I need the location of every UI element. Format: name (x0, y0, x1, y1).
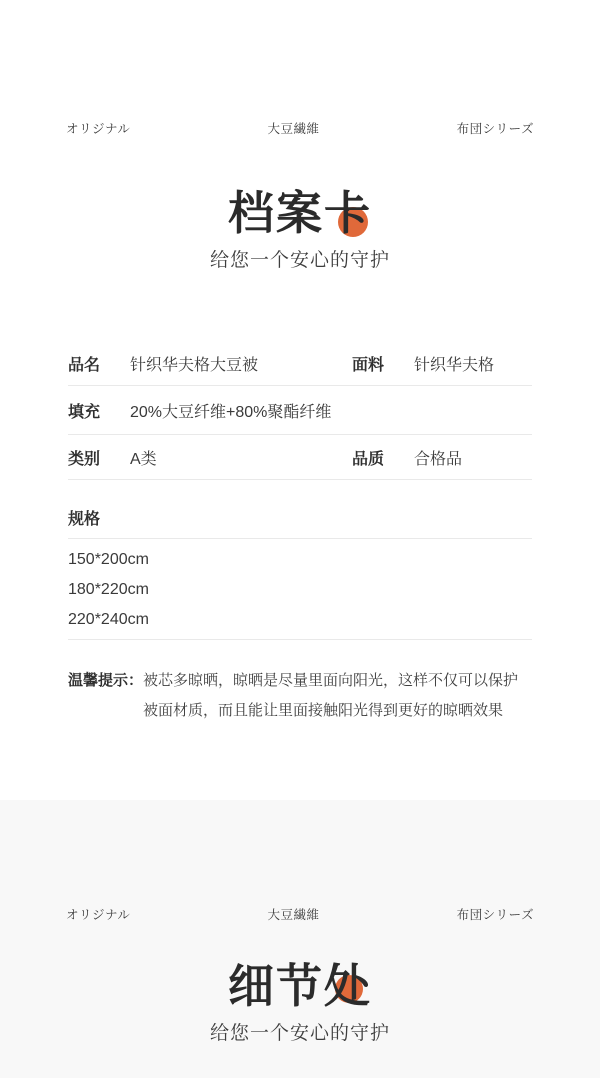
spec-value: 针织华夫格 (414, 352, 494, 375)
care-tip-text: 被芯多晾晒，晾晒是尽量里面向阳光，这样不仅可以保护 被面材质，而且能让里面接触阳… (143, 666, 518, 726)
page-subtitle: 给您一个安心的守护 (0, 248, 600, 274)
hero-block: 细节处 给您一个安心的守护 (0, 960, 600, 1047)
spec-label: 类别 (68, 446, 130, 469)
spec-pair: 品名 针织华夫格大豆被 (68, 352, 352, 375)
spec-row-filling: 填充 20%大豆纤维+80%聚酯纤维 (68, 386, 532, 435)
care-tip-line1: 被芯多晾晒，晾晒是尽量里面向阳光，这样不仅可以保护 (143, 672, 518, 689)
details-section: オリジナル 大豆繊維 布団シリーズ 细节处 给您一个安心的守护 (0, 800, 600, 1078)
spec-row-name-fabric: 品名 针织华夫格大豆被 面料 针织华夫格 (68, 344, 532, 386)
spec-row-category-quality: 类别 A类 品质 合格品 (68, 435, 532, 480)
spec-value: 针织华夫格大豆被 (130, 352, 258, 375)
page-title: 档案卡 (0, 187, 600, 239)
spec-pair: 填充 20%大豆纤维+80%聚酯纤维 (68, 399, 331, 422)
care-tip: 温馨提示： 被芯多晾晒，晾晒是尽量里面向阳光，这样不仅可以保护 被面材质，而且能… (68, 666, 532, 726)
spec-value: A类 (130, 446, 157, 469)
size-item: 150*200cm (68, 545, 532, 575)
spec-pair: 面料 针织华夫格 (352, 352, 494, 375)
hero-block: 档案卡 给您一个安心的守护 (0, 187, 600, 274)
title-wrap: 细节处 (0, 960, 600, 1012)
spec-pair: 类别 A类 (68, 446, 352, 469)
header-left-label: オリジナル (66, 119, 130, 137)
spec-value: 合格品 (414, 446, 462, 469)
sizes-heading: 规格 (68, 480, 532, 539)
header-bar: オリジナル 大豆繊維 布団シリーズ (0, 800, 600, 923)
header-right-label: 布団シリーズ (457, 905, 534, 923)
spec-table: 品名 针织华夫格大豆被 面料 针织华夫格 填充 20%大豆纤维+80%聚酯纤维 … (68, 344, 532, 640)
header-left-label: オリジナル (66, 905, 130, 923)
spec-label: 品名 (68, 352, 130, 375)
spec-label: 填充 (68, 399, 130, 422)
size-item: 220*240cm (68, 605, 532, 635)
spec-value: 20%大豆纤维+80%聚酯纤维 (130, 399, 331, 422)
size-item: 180*220cm (68, 575, 532, 605)
header-right-label: 布団シリーズ (457, 119, 534, 137)
title-wrap: 档案卡 (0, 187, 600, 239)
spec-pair: 品质 合格品 (352, 446, 462, 469)
spec-label: 品质 (352, 446, 414, 469)
care-tip-line2: 被面材质，而且能让里面接触阳光得到更好的晾晒效果 (143, 702, 503, 719)
care-tip-label: 温馨提示： (68, 666, 143, 726)
spec-card-section: オリジナル 大豆繊維 布団シリーズ 档案卡 给您一个安心的守护 品名 针织华夫格… (0, 0, 600, 800)
header-center-label: 大豆繊維 (267, 119, 319, 137)
header-center-label: 大豆繊維 (267, 905, 319, 923)
sizes-list: 150*200cm 180*220cm 220*240cm (68, 539, 532, 640)
details-subtitle: 给您一个安心的守护 (0, 1021, 600, 1047)
spec-label: 面料 (352, 352, 414, 375)
details-title: 细节处 (0, 960, 600, 1012)
header-bar: オリジナル 大豆繊維 布団シリーズ (0, 0, 600, 137)
